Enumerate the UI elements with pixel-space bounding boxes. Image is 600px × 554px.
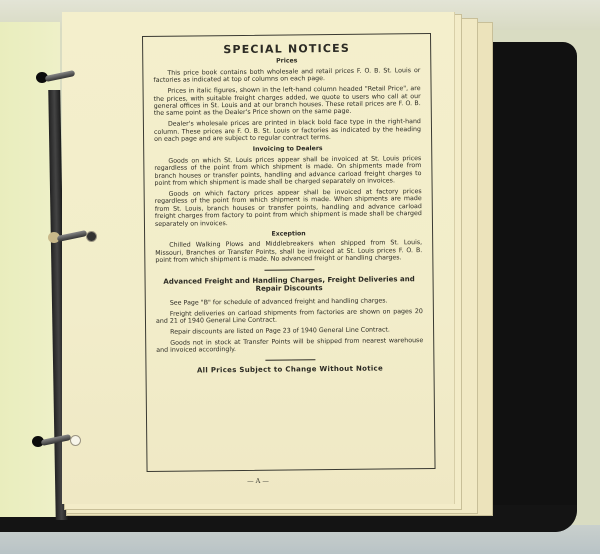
divider — [265, 359, 315, 361]
punch-hole — [86, 231, 97, 242]
binder-ring-icon[interactable] — [32, 436, 82, 446]
page-title: SPECIAL NOTICES — [153, 44, 420, 54]
footer-note: All Prices Subject to Change Without Not… — [156, 365, 423, 375]
paragraph: Prices in italic figures, shown in the l… — [154, 85, 421, 117]
paragraph: See Page "B" for schedule of advanced fr… — [156, 297, 423, 307]
paragraph: Dealer's wholesale prices are printed in… — [154, 118, 421, 143]
paragraph: Goods on which factory prices appear sha… — [155, 188, 422, 228]
notice-frame: SPECIAL NOTICES Prices This price book c… — [142, 33, 436, 472]
ring-arm — [57, 230, 88, 242]
paragraph: This price book contains both wholesale … — [153, 67, 420, 85]
section-heading-prices: Prices — [153, 56, 420, 66]
paragraph: Goods on which St. Louis prices appear s… — [154, 155, 421, 187]
page-number: — A — — [62, 477, 454, 485]
binder-ring-icon[interactable] — [48, 232, 98, 242]
binder-ring-icon[interactable] — [36, 72, 86, 82]
divider — [264, 269, 314, 271]
ring-arm — [45, 70, 76, 82]
section-heading-exception: Exception — [155, 229, 422, 239]
paragraph: Goods not in stock at Transfer Points wi… — [156, 337, 423, 355]
section-heading-freight: Advanced Freight and Handling Charges, F… — [156, 275, 423, 295]
punch-hole — [70, 435, 81, 446]
section-heading-invoicing: Invoicing to Dealers — [154, 145, 421, 155]
paragraph: Repair discounts are listed on Page 23 o… — [156, 326, 423, 336]
notice-content: SPECIAL NOTICES Prices This price book c… — [153, 40, 423, 375]
paragraph: Chilled Walking Plows and Middlebreakers… — [155, 240, 422, 265]
ring-arm — [41, 434, 72, 446]
document-page[interactable]: SPECIAL NOTICES Prices This price book c… — [62, 12, 455, 504]
paragraph: Freight deliveries on carload shipments … — [156, 308, 423, 326]
